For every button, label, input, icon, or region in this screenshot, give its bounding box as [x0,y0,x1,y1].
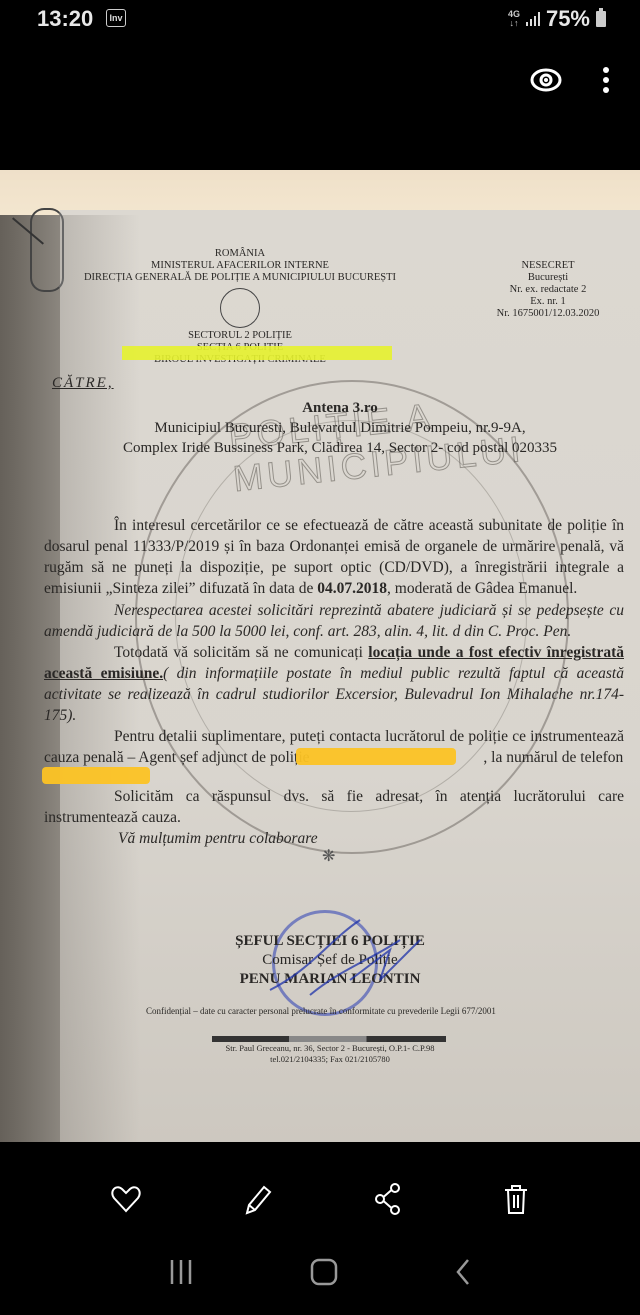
share-icon[interactable] [374,1183,402,1215]
redacted-officer-name [296,748,456,765]
paragraph-request: În interesul cercetărilor ce se efectuea… [44,515,624,599]
recipient-label: CĂTRE, [52,375,114,392]
battery-percent: 75% [546,6,590,32]
redaction-highlight [122,346,392,360]
back-icon[interactable] [454,1258,472,1286]
top-action-bar [530,66,610,94]
network-type-icon: 4G↓↑ [508,10,520,28]
footer-address: Str. Paul Greceanu, nr. 36, Sector 2 - B… [200,1043,460,1065]
police-crest-icon [220,288,260,328]
home-icon[interactable] [310,1258,338,1286]
status-time: 13:20 [37,6,93,32]
document-reference: NESECRET București Nr. ex. redactate 2 E… [478,260,618,320]
trash-icon[interactable] [503,1183,529,1215]
notification-badge-icon: Inv [106,9,126,27]
pencil-icon[interactable] [242,1183,272,1215]
recipient-address: Antena 3.ro Municipiul Bucuresti, Buleva… [90,398,590,458]
system-navigation-bar [0,1258,640,1286]
battery-icon [596,11,606,27]
flower-ornament-icon: ❋ [322,846,335,866]
redacted-phone-number [42,767,150,784]
more-options-icon[interactable] [602,66,610,94]
paperclip-icon [30,208,64,292]
eye-icon[interactable] [530,68,562,92]
signal-strength-icon [526,12,540,26]
photo-viewer-image[interactable]: POLIȚIE A MUNICIPIULUI ROMÂNIA MINISTERU… [0,170,640,1142]
paragraph-penalty: Nerespectarea acestei solicitări reprezi… [44,600,624,642]
heart-icon[interactable] [111,1183,141,1215]
recent-apps-icon[interactable] [168,1258,194,1286]
thanks-line: Vă mulțumim pentru colaborare [118,828,418,849]
status-indicators: 4G↓↑ 75% [508,6,606,32]
photo-action-bar [0,1183,640,1215]
status-bar: 13:20 Inv 4G↓↑ 75% [0,0,640,40]
paragraph-response: Solicităm ca răspunsul dvs. să fie adres… [44,786,624,828]
photo-background-surface [0,170,640,215]
confidentiality-note: Confidențial – date cu caracter personal… [146,1006,496,1016]
signature-block: ȘEFUL SECȚIEI 6 POLIȚIE Comisar Șef de P… [180,932,480,989]
paragraph-location: Totodată vă solicităm să ne comunicați l… [44,642,624,726]
footer-divider [212,1036,446,1042]
